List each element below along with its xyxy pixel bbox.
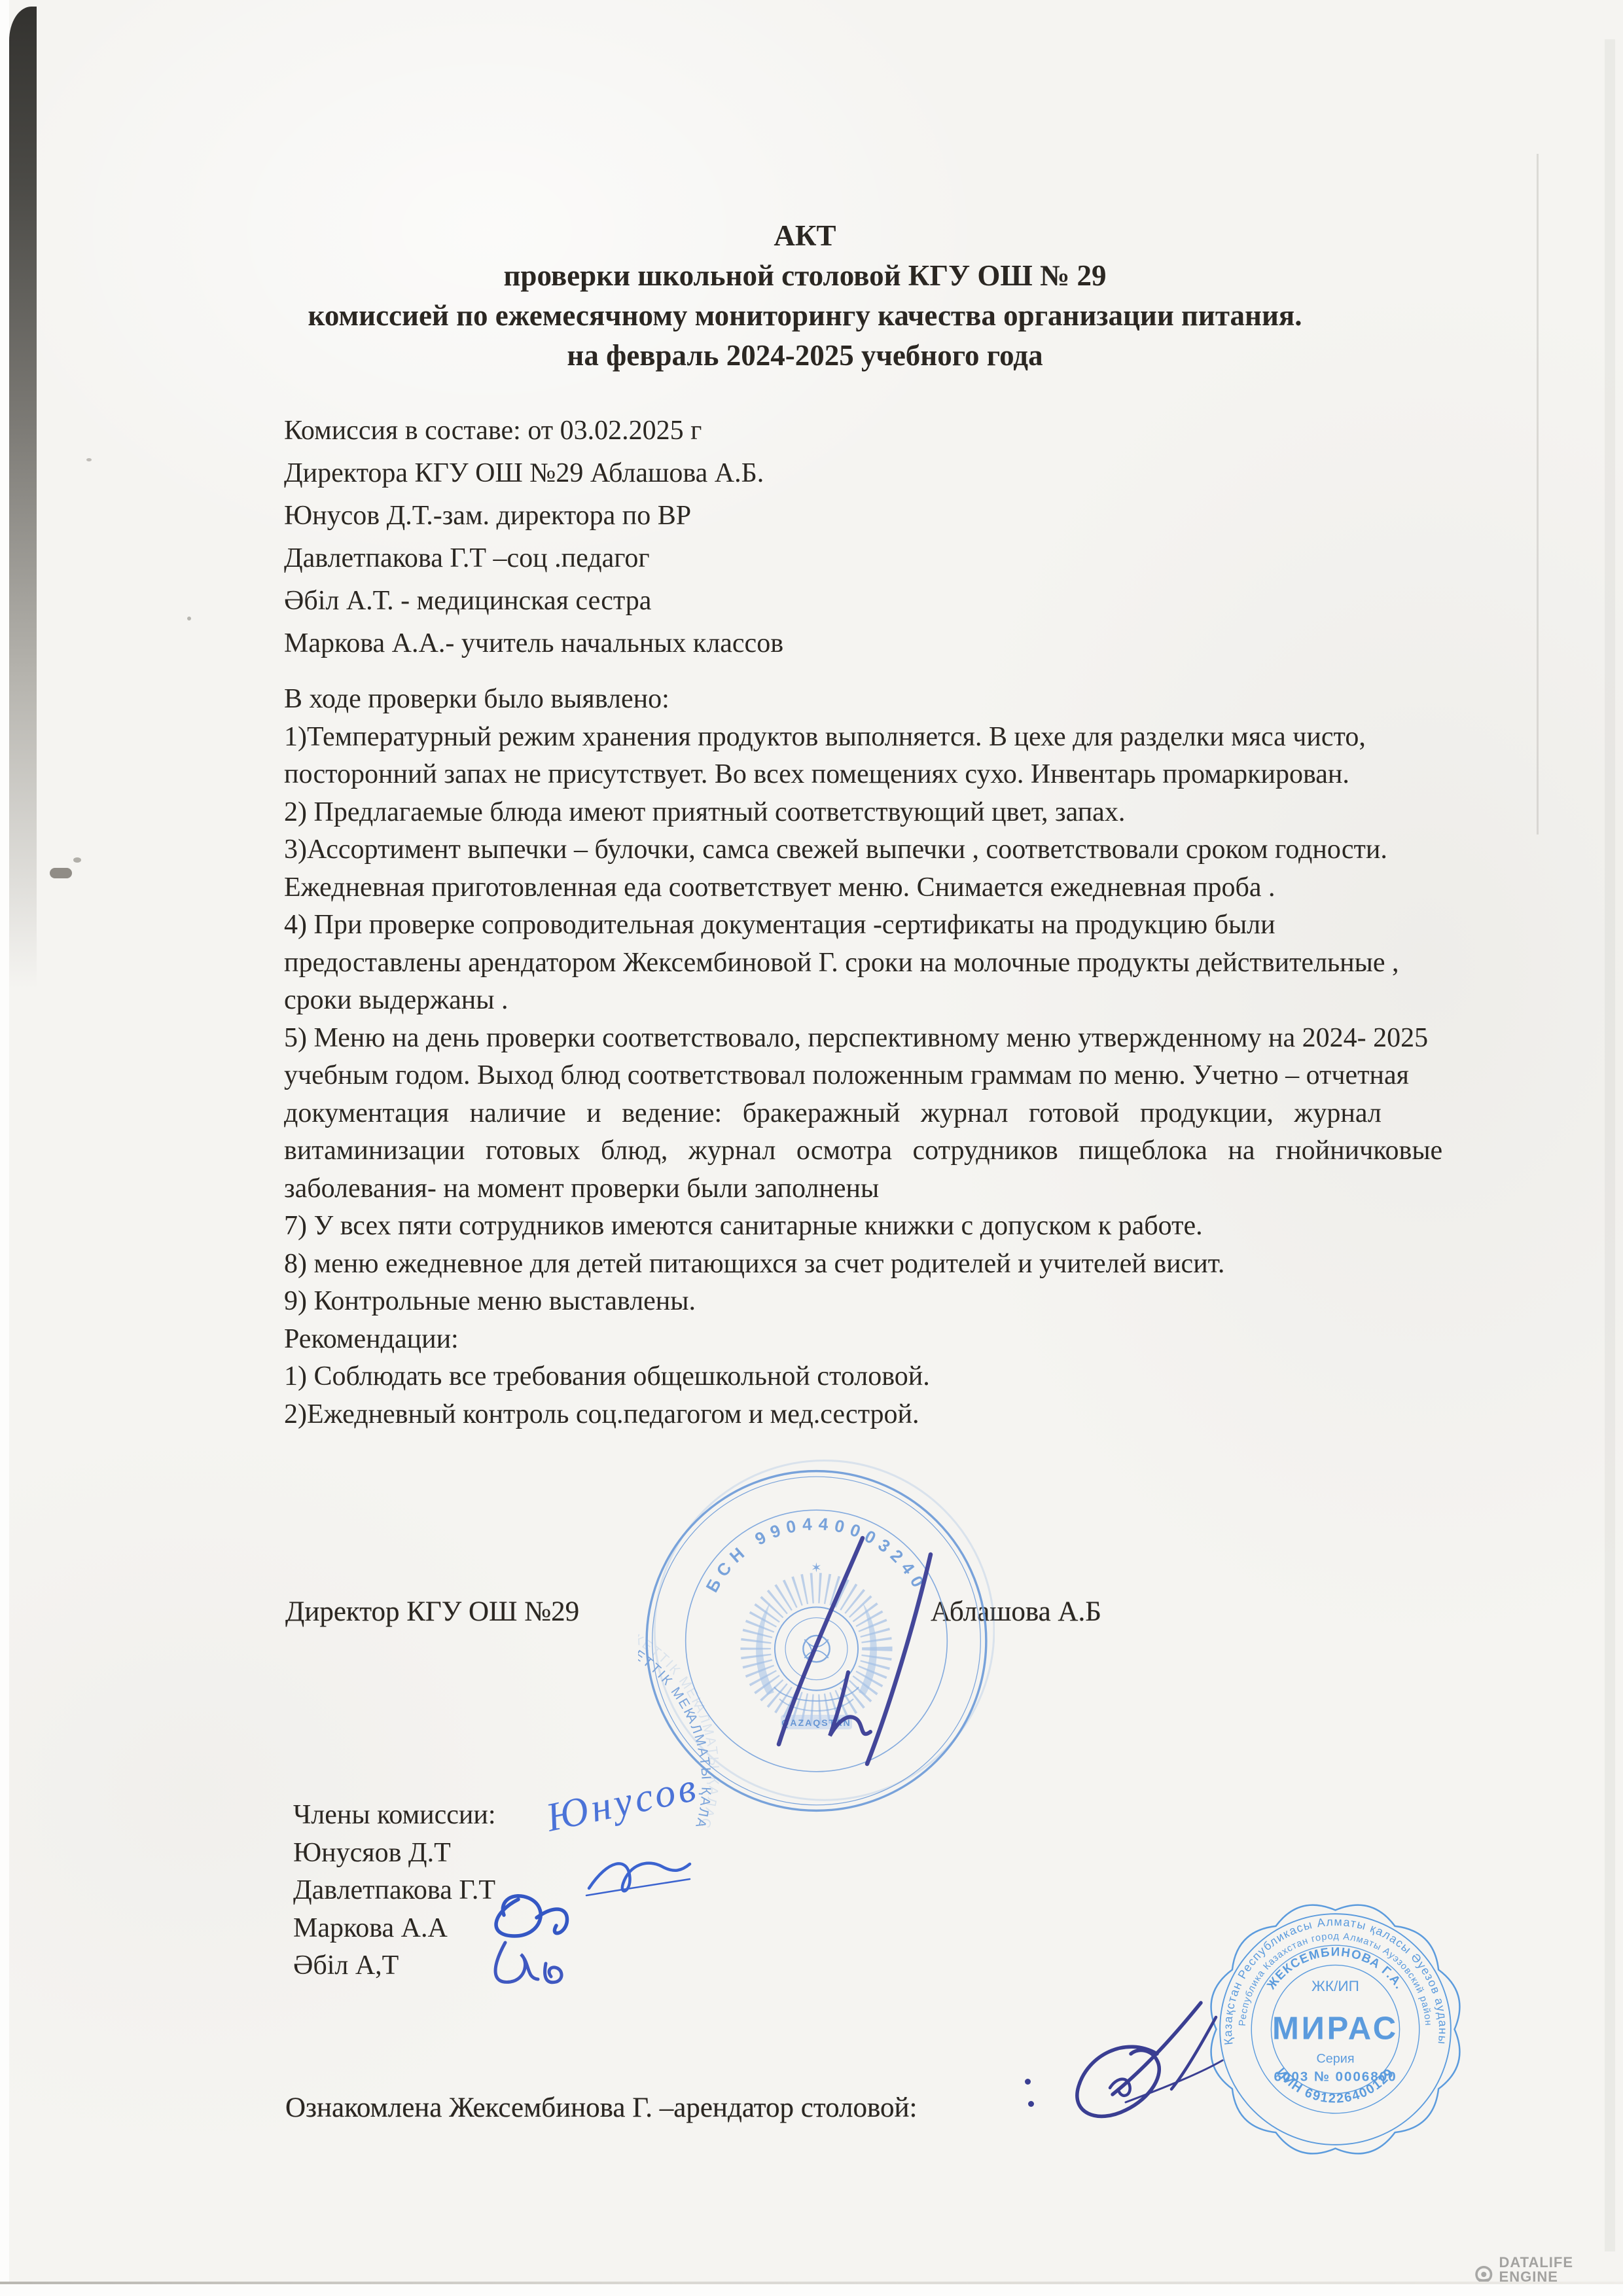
commission-composition: Комиссия в составе: от 03.02.2025 г Дире… <box>284 410 783 665</box>
document-line: 1) Соблюдать все требования общешкольной… <box>284 1358 1544 1396</box>
document-line: Маркова А.А.- учитель начальных классов <box>284 622 783 665</box>
members-signatures: Юнусов <box>458 1761 785 2009</box>
jeksembinova-signature <box>1047 1977 1257 2134</box>
scan-left-sliver <box>0 0 9 2296</box>
abil-signature <box>495 1943 562 1982</box>
document-line: 4) При проверке сопроводительная докумен… <box>284 906 1544 944</box>
markova-signature <box>496 1896 567 1936</box>
document-line: документация наличие и ведение: бракераж… <box>284 1095 1544 1133</box>
document-line: 3)Ассортимент выпечки – булочки, самса с… <box>284 831 1544 869</box>
document-line: 2)Ежедневный контроль соц.педагогом и ме… <box>284 1396 1544 1434</box>
document-line: посторонний запах не присутствует. Во вс… <box>284 756 1544 794</box>
document-line: 5) Меню на день проверки соответствовало… <box>284 1020 1544 1058</box>
title-line-period: на февраль 2024-2025 учебного года <box>281 336 1329 376</box>
document-line: 7) У всех пяти сотрудников имеются санит… <box>284 1208 1544 1246</box>
scan-left-edge-shadow <box>9 7 37 988</box>
scanned-document-page: АКТ проверки школьной столовой КГУ ОШ № … <box>0 0 1623 2296</box>
miras-series-label: Серия <box>1316 2051 1354 2066</box>
yunusov-handwritten-signature: Юнусов <box>542 1765 703 1840</box>
document-title: АКТ проверки школьной столовой КГУ ОШ № … <box>281 216 1329 376</box>
acknowledgement-line: Ознакомлена Жексембинова Г. –арендатор с… <box>285 2092 917 2124</box>
davletpakova-signature <box>586 1863 690 1895</box>
document-line: В ходе проверки было выявлено: <box>284 681 1544 719</box>
miras-series-number: 6003 № 0006800 <box>1274 2070 1397 2085</box>
paper-smudge <box>50 868 72 878</box>
document-line: Рекомендации: <box>284 1321 1544 1359</box>
findings-section: В ходе проверки было выявлено: 1)Темпера… <box>284 681 1544 1433</box>
ink-dot <box>1028 2101 1034 2107</box>
document-line: 1)Температурный режим хранения продуктов… <box>284 719 1544 757</box>
document-line: 2) Предлагаемые блюда имеют приятный соо… <box>284 794 1544 832</box>
document-line: Директора КГУ ОШ №29 Аблашова А.Б. <box>284 452 783 495</box>
title-line-subject: проверки школьной столовой КГУ ОШ № 29 <box>281 256 1329 296</box>
ink-dot <box>1025 2079 1031 2085</box>
document-line: Юнусов Д.Т.-зам. директора по ВР <box>284 495 783 537</box>
document-line: витаминизации готовых блюд, журнал осмот… <box>284 1132 1544 1170</box>
watermark-title: DATALIFE ENGINE <box>1499 2255 1623 2284</box>
miras-name: МИРАС <box>1272 2011 1399 2047</box>
document-line: Әбіл А.Т. - медицинская сестра <box>284 580 783 622</box>
director-role-label: Директор КГУ ОШ №29 <box>285 1596 579 1628</box>
document-line: предоставлены арендатором Жексембиновой … <box>284 944 1544 982</box>
document-line: Давлетпакова Г.Т –соц .педагог <box>284 537 783 580</box>
document-line: учебным годом. Выход блюд соответствовал… <box>284 1057 1544 1095</box>
document-line: заболевания- на момент проверки были зап… <box>284 1170 1544 1208</box>
document-line: Ежедневная приготовленная еда соответств… <box>284 869 1544 907</box>
document-line: 8) меню ежедневное для детей питающихся … <box>284 1246 1544 1283</box>
director-signature <box>720 1492 969 1780</box>
scan-right-band <box>1605 39 1615 2251</box>
document-line: Комиссия в составе: от 03.02.2025 г <box>284 410 783 452</box>
title-line-commission: комиссией по ежемесячному мониторингу ка… <box>281 296 1329 336</box>
paper-smudge <box>73 857 81 863</box>
document-line: сроки выдержаны . <box>284 982 1544 1020</box>
scan-bottom-margin <box>0 2284 1623 2296</box>
paper-speck <box>187 617 191 620</box>
document-line: 9) Контрольные меню выставлены. <box>284 1283 1544 1321</box>
paper-speck <box>86 458 92 461</box>
title-line-act: АКТ <box>281 216 1329 256</box>
miras-type-label: ЖК/ИП <box>1311 1978 1359 1994</box>
scan-right-page-edge <box>1537 154 1539 834</box>
